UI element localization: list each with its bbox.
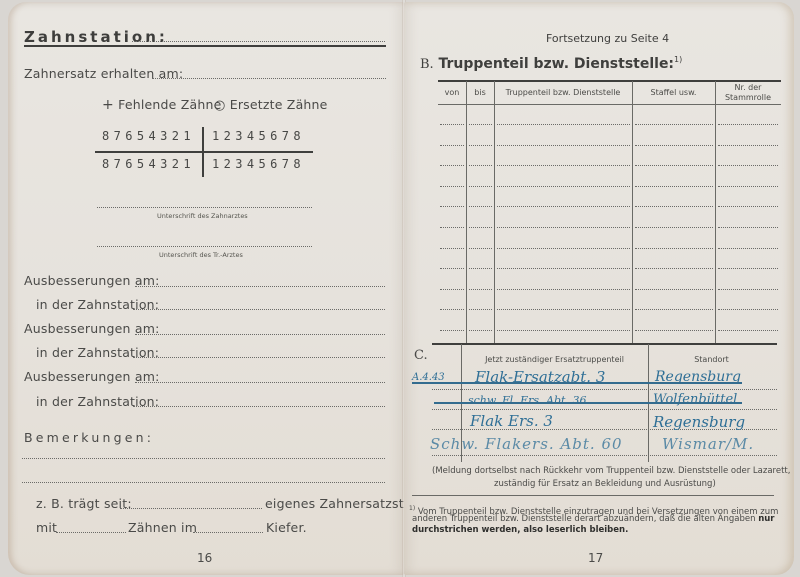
- table-cell-line: [469, 124, 492, 125]
- c-row-line: [432, 389, 777, 390]
- c-entry-4-unit: Schw. Flakers. Abt. 60: [430, 435, 623, 453]
- page-16: [8, 2, 404, 575]
- dentist-signature-line: [97, 207, 312, 208]
- repair-2-field: [135, 334, 385, 335]
- col-bis: bis: [466, 88, 494, 98]
- teeth-in-label: Zähnen im: [128, 520, 197, 535]
- table-cell-line: [718, 165, 778, 166]
- page-number-17: 17: [588, 551, 603, 565]
- table-cell-line: [718, 330, 778, 331]
- zahnstation-field: [132, 41, 385, 42]
- footnote-rule: [412, 495, 774, 496]
- zahnersatz-field: [152, 78, 386, 79]
- col-ersatztruppenteil: Jetzt zuständiger Ersatztruppenteil: [461, 355, 648, 365]
- table-cell-line: [635, 289, 713, 290]
- table-cell-line: [718, 268, 778, 269]
- table-cell-line: [497, 124, 630, 125]
- table-cell-line: [497, 289, 630, 290]
- table-cell-line: [718, 186, 778, 187]
- table-bottom-rule: [432, 343, 777, 345]
- table-cell-line: [497, 206, 630, 207]
- table-top-rule: [438, 80, 781, 82]
- table-cell-line: [635, 268, 713, 269]
- table-cell-line: [635, 186, 713, 187]
- table-cell-line: [440, 124, 464, 125]
- table-cell-line: [440, 289, 464, 290]
- col-divider: [466, 81, 467, 343]
- table-cell-line: [635, 248, 713, 249]
- open-booklet: Zahnstation: Zahnersatz erhalten am: + F…: [0, 0, 800, 577]
- section-c-letter: C.: [414, 348, 428, 363]
- footnote-line-3: durchstrichen werden, also leserlich ble…: [412, 525, 628, 536]
- table-cell-line: [497, 248, 630, 249]
- repair-3-station-field: [133, 406, 385, 407]
- table-cell-line: [635, 309, 713, 310]
- c-row-line: [432, 455, 777, 456]
- repair-2-station-field: [133, 357, 385, 358]
- tooth-chart-vline: [202, 127, 204, 177]
- table-cell-line: [635, 227, 713, 228]
- repair-1-station-field: [133, 309, 385, 310]
- legend-missing: + Fehlende Zähne: [102, 97, 222, 113]
- legend-replaced: ○ Ersetzte Zähne: [214, 97, 328, 113]
- c-entry-3-unit: Flak Ers. 3: [470, 412, 553, 430]
- c-entry-2-unit: schw. Fl. Ers. Abt. 36: [468, 394, 586, 407]
- repair-1-field: [135, 286, 385, 287]
- wears-since-label: z. B. trägt seit:: [36, 496, 132, 511]
- col-staffel: Staffel usw.: [632, 88, 715, 98]
- plus-icon: +: [102, 97, 114, 113]
- table-cell-line: [440, 248, 464, 249]
- repair-3-field: [135, 382, 385, 383]
- col-divider: [715, 81, 716, 343]
- with-label: mit: [36, 520, 57, 535]
- c-entry-3-location: Regensburg: [653, 413, 745, 431]
- upper-left-teeth: 87654321: [102, 129, 195, 143]
- table-cell-line: [497, 227, 630, 228]
- wears-since-field: [120, 508, 262, 509]
- table-cell-line: [497, 268, 630, 269]
- c-row-line: [432, 409, 777, 410]
- lower-left-teeth: 87654321: [102, 157, 195, 171]
- table-cell-line: [497, 165, 630, 166]
- c-entry-4-location: Wismar/M.: [662, 435, 754, 453]
- col-standort: Standort: [648, 355, 775, 365]
- table-cell-line: [469, 145, 492, 146]
- zahnstation-title: Zahnstation:: [24, 28, 168, 46]
- table-cell-line: [718, 248, 778, 249]
- table-cell-line: [497, 186, 630, 187]
- table-cell-line: [440, 227, 464, 228]
- jaw-label: Kiefer.: [266, 520, 307, 535]
- table-cell-line: [440, 330, 464, 331]
- table-cell-line: [469, 268, 492, 269]
- table-cell-line: [635, 165, 713, 166]
- table-cell-line: [635, 206, 713, 207]
- col-divider: [494, 81, 495, 343]
- table-header-rule: [438, 104, 781, 105]
- circle-icon: ○: [214, 98, 226, 113]
- table-cell-line: [469, 289, 492, 290]
- doctor-signature-label: Unterschrift des Tr.-Arztes: [159, 251, 243, 259]
- table-cell-line: [635, 330, 713, 331]
- dentist-signature-label: Unterschrift des Zahnarztes: [157, 212, 248, 220]
- col-divider: [632, 81, 633, 343]
- table-cell-line: [718, 289, 778, 290]
- table-cell-line: [635, 124, 713, 125]
- table-cell-line: [718, 227, 778, 228]
- table-cell-line: [497, 145, 630, 146]
- table-cell-line: [440, 206, 464, 207]
- table-cell-line: [635, 145, 713, 146]
- table-cell-line: [497, 330, 630, 331]
- table-cell-line: [440, 165, 464, 166]
- page-number-16: 16: [197, 551, 212, 565]
- table-cell-line: [440, 268, 464, 269]
- teeth-count-field: [56, 532, 126, 533]
- table-cell-line: [469, 248, 492, 249]
- col-truppenteil: Truppenteil bzw. Dienststelle: [494, 88, 632, 98]
- doctor-signature-line: [97, 246, 312, 247]
- table-cell-line: [718, 206, 778, 207]
- section-c-note-2: zuständig für Ersatz an Bekleidung und A…: [494, 479, 716, 490]
- table-cell-line: [469, 227, 492, 228]
- remarks-line-2: [22, 482, 385, 483]
- lower-right-teeth: 12345678: [212, 157, 305, 171]
- continuation-note: Fortsetzung zu Seite 4: [546, 32, 669, 45]
- section-c-note-1: (Meldung dortselbst nach Rückkehr vom Tr…: [432, 466, 790, 477]
- jaw-field: [193, 532, 263, 533]
- footnote-line-2: anderen Truppenteil bzw. Dienststelle de…: [412, 514, 775, 525]
- c-entry-2-location: Wolfenbüttel: [653, 392, 737, 407]
- tooth-chart-hline: [95, 151, 313, 153]
- table-cell-line: [497, 309, 630, 310]
- table-cell-line: [440, 309, 464, 310]
- upper-right-teeth: 12345678: [212, 129, 305, 143]
- table-cell-line: [718, 145, 778, 146]
- table-cell-line: [469, 165, 492, 166]
- table-cell-line: [718, 124, 778, 125]
- strikethrough-line: [434, 402, 742, 404]
- table-cell-line: [440, 145, 464, 146]
- table-cell-line: [718, 309, 778, 310]
- title-underline: [24, 45, 386, 47]
- table-cell-line: [440, 186, 464, 187]
- section-b-heading: B. Truppenteil bzw. Dienststelle:1): [420, 54, 682, 72]
- table-cell-line: [469, 330, 492, 331]
- col-stammrolle: Nr. der Stammrolle: [718, 83, 778, 103]
- remarks-line-1: [22, 458, 385, 459]
- table-cell-line: [469, 186, 492, 187]
- col-von: von: [438, 88, 466, 98]
- table-cell-line: [469, 206, 492, 207]
- strikethrough-line: [412, 382, 742, 384]
- table-cell-line: [469, 309, 492, 310]
- remarks-label: Bemerkungen:: [24, 430, 154, 445]
